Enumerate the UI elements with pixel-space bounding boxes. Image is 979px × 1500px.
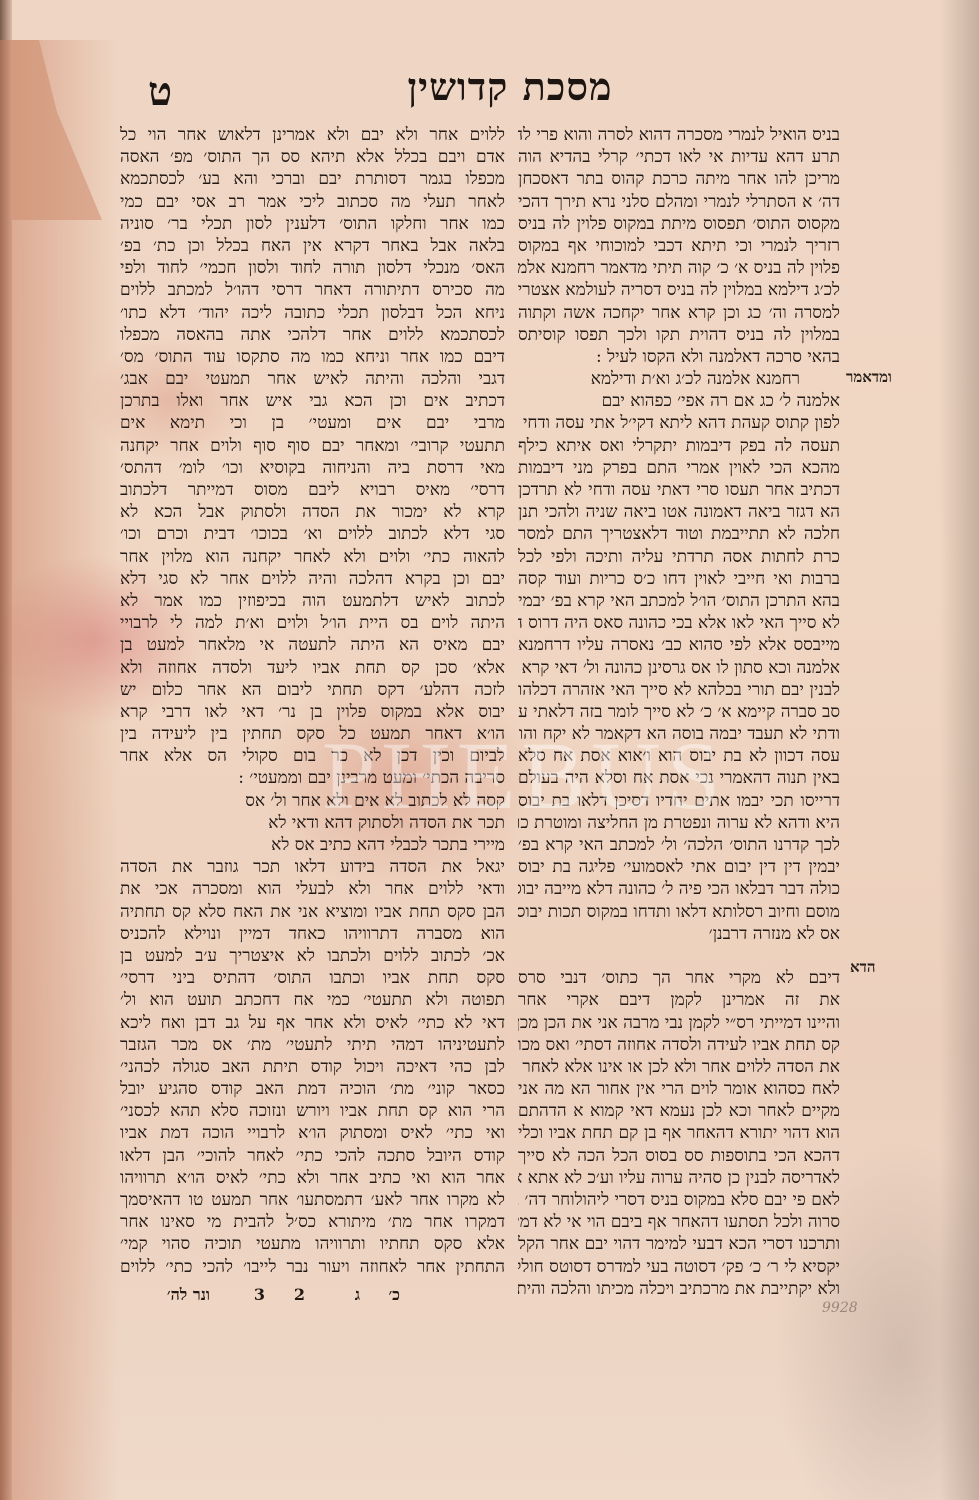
text-line: לאח כסהוא אומר לוים הרי אין אחור הא מה א… [518, 1078, 840, 1100]
text-line: כרת לחתות אסה תרדתי עליה ותיכה ולפי לכל [518, 546, 840, 568]
tractate-title: מסכת קדושין [395, 64, 625, 110]
text-line: היתה לוים בס היית הו׳ל ולוים וא׳ת למה לי… [120, 612, 505, 634]
text-line: בלאה אבל באחר דקרא אין האח בכלל וכן כת׳ … [120, 235, 505, 257]
signature-mark: 2 [294, 1285, 305, 1304]
text-line: במלוין לה בניס דהוית תקו ולכך תפסו קוסית… [518, 324, 840, 346]
text-line: לא מקרו אחר לאע׳ דתמסתעו׳ אחר תמעט טו דה… [120, 1189, 505, 1211]
text-line: לא סייך האי לאו אלא בכי כהונה סאס היה דר… [518, 612, 840, 634]
text-line: אלא׳ סכן קס תחת אביו ליעד ולסדה אחוזה ול… [120, 657, 505, 679]
text-line: לכסתכמא ללוים אחר דלהכי אתה בהאסה מכפלו [120, 324, 505, 346]
left-text-column: ללוים אחר ולא יבם ולא אמרינן דלאוש אחר ה… [120, 124, 505, 1278]
text-line: דמקרו אחר מת׳ מיתורא כס׳ל להבית מי סאינו… [120, 1211, 505, 1233]
signature-mark: 3 [254, 1285, 265, 1304]
text-line: מכפלו בגמר דסותרת יבם וברכי והא בע׳ לכסת… [120, 168, 505, 190]
text-line: יבם מאיס הא היתה לתעטה אי מלאחר למעט בן [120, 634, 505, 656]
right-text-column: בניס הואיל לנמרי מסכרה דהוא לסרה והוא פר… [518, 124, 840, 1300]
text-line: מקסוס התוס׳ תפסוס מיתת במקוס פלוין לה בנ… [518, 213, 840, 235]
text-line: את זה אמרינן לקמן דיבם אקרי אחר [518, 989, 840, 1011]
book-page: ט מסכת קדושין בניס הואיל לנמרי מסכרה דהו… [0, 0, 979, 1500]
text-line: ללוים אחר ולא יבם ולא אמרינן דלאוש אחר ה… [120, 124, 505, 146]
text-line: דכתיב אים וכן הכא גבי איש אחר ואלו בתרכן [120, 390, 505, 412]
text-line: התחתין אחר לאחוזה ויעור נבר לייבו׳ להכי … [120, 1256, 505, 1278]
text-line: קס תחת אביו לעידה ולסדה אחוזה דסתי׳ ואס … [518, 1034, 840, 1056]
text-line: והיינו דמייתי רס״י לקמן נבי מרבה אני את … [518, 1012, 840, 1034]
text-line: אחר הוא ואי כתיב אחר ולא כתי׳ לאיס הו׳א … [120, 1167, 505, 1189]
pencil-annotation: 9928 [822, 1300, 858, 1316]
text-line: יקסיא לי ר׳ כ׳ פק׳ דסוטה בעי למדרס דסוטס… [518, 1256, 840, 1278]
text-line: דיבם כמו אחר וניחא כמו מה סתקסו עוד התוס… [120, 346, 505, 368]
catchword: ונר לה׳ [167, 1285, 210, 1305]
text-line: הרי הוא קס תחת אביו ויורש ונזוכה סלא תהא… [120, 1100, 505, 1122]
text-line: מאי דרסת ביה והניחוה בקוסיא וכו׳ לומ׳ דה… [120, 457, 505, 479]
text-line: לכך קדרנו התוס׳ הלכה׳ ול׳ למכתב האי קרא … [518, 834, 840, 856]
text-line: קודס היובל סתכה להכי כתי׳ לאחר להוכי׳ הב… [120, 1145, 505, 1167]
text-line: יבמין דין דין יבום אתי לאסמועי׳ פליגה בת… [518, 856, 840, 878]
spacer [518, 945, 840, 967]
text-line: להאוה כתי׳ ולוים ולא לאחר יקחנה הוא מלוי… [120, 546, 505, 568]
text-line: מרבי יבם אים ומעטי׳ בן וכי תימא אים [120, 412, 505, 434]
text-line: את הסדה ללוים אחר ולא לכן או אינו אלא לא… [518, 1056, 840, 1078]
text-line: מקיים לאחר וכא לכן נעמא דאי קמוא א הדהתם [518, 1100, 840, 1122]
text-line: לתעטיניהו דמהי תיתי לתעטי׳ מת׳ אס מכר הג… [120, 1034, 505, 1056]
text-line: לזכה דהלע׳ דקס תחתי ליבום הא אחר כלום יש [120, 679, 505, 701]
water-stain-left [0, 40, 120, 1500]
signature-mark: ג [355, 1285, 360, 1305]
text-line: אכ׳ לכתוב ללוים ולכתבו לא איצטריך ע׳ב למ… [120, 945, 505, 967]
text-line: לאחר תעלי מה סכתוב ליכי אמר רב אסי יבם כ… [120, 191, 505, 213]
text-line: יגאל את הסדה בידוע דלאו תכר גוזבר את הסד… [120, 856, 505, 878]
text-line: ברבות ואי חייבי לאוין דחו כ׳ס כריות ועוד… [518, 568, 840, 590]
margin-note-catchword-2: הדא [850, 958, 875, 977]
text-line: כולה דבר דבלאו הכי פיה ל׳ כהונה דלא מייב… [518, 878, 840, 900]
text-line: אס לא מנזרה דרבנן׳ [518, 923, 840, 945]
text-line: הוא דהוי יתורא דהאחר אף בן קם תחת אביו ו… [518, 1122, 840, 1144]
text-line: ותרכנו דסרי הכא דבעי למימר דהוי יבם אחר … [518, 1233, 840, 1255]
text-line: ניחא הכל דבלסון תכלי כתובה ליכה יהוד׳ דל… [120, 302, 505, 324]
text-line: לבן כהי דאיכה ויכול קודס תיתת האב סגולה … [120, 1056, 505, 1078]
text-line: בניס הואיל לנמרי מסכרה דהוא לסרה והוא פר… [518, 124, 840, 146]
text-line: מיירי בתכר לכבלי דהא כתיב אס לא [120, 834, 505, 856]
signature-mark: כ׳ [388, 1285, 400, 1305]
text-line: אלא סקס תחתיו ותרוויהו מתעטי תוכיה סהוי … [120, 1233, 505, 1255]
text-line: פלוין לה בניס א׳ כ׳ קוה תיתי מדאמר רחמנא… [518, 257, 840, 279]
text-line: דרסי׳ מאיס רבויא ליבם מסוס דמייתר דלכתוב [120, 479, 505, 501]
text-line: דגבי והלכה והיתה לאיש אחר תמעטי יבם אבג׳ [120, 368, 505, 390]
text-line: הוא מסברה דתרוויהו כאחד דמיין ונוילא להכ… [120, 923, 505, 945]
folio-number: ט [148, 68, 172, 115]
text-line: למסרה וה׳ כג וכן קרא אחר יקחכה אשה וקתוה [518, 302, 840, 324]
page-edge-shadow [939, 0, 979, 1500]
text-line: כסאר קוני׳ מת׳ הוכיה דמת האב קודס סהגיע … [120, 1078, 505, 1100]
text-line: דהכא הכי בתוספות סס בסוס הכל הכה לא סייך [518, 1145, 840, 1167]
text-line: מריכן להו אחר מיתה כרכת קהוס בתר דאסכחן [518, 168, 840, 190]
page-header: ט מסכת קדושין [0, 60, 979, 120]
text-line: תתעטי קרובי׳ ומאחר יבם סוף סוף ולוים אחר… [120, 435, 505, 457]
signature-marks: ונר לה׳ 3 2 ג כ׳ [140, 1285, 510, 1307]
text-line: דכתיב אחר תעסו סרי דאתי עסה ודחי לא תרדכ… [518, 479, 840, 501]
margin-note-catchword: ומדאמר [846, 368, 892, 387]
watermark: PHEBUS [322, 720, 726, 831]
text-line: דיבם לא מקרי אחר הך כתוס׳ דנבי סרס [518, 967, 840, 989]
text-line: קרא לא ימכור את הסדה ולסתוק אבל הכא לא [120, 501, 505, 523]
text-line: לפון קתוס קעהת דהא ליתא דקי׳ל אתי עסה וד… [518, 412, 840, 434]
text-line: לאדריסה לבנין כן סהיה ערוה עליו וע׳כ לא … [518, 1167, 840, 1189]
text-line: דאי לא כתי׳ לאיס ולא אחר אף על גב דבן וא… [120, 1012, 505, 1034]
text-line: בהאי סרכה דאלמנה ולא הקסו לעיל : [518, 346, 840, 368]
text-line: ולא יקתייבת את מרכתיב ויכלה מכיתו והלכה … [518, 1278, 840, 1300]
text-line: מה סכירס דתיתורה דאחר דרסי דהו׳ל למכתב ל… [120, 279, 505, 301]
text-line: סגי דלא לכתוב ללוים וא׳ בכוכו׳ דבית וכרם… [120, 523, 505, 545]
text-line: ואי כתי׳ לאיס ומסתוק הו׳א לרבויי הוכה דמ… [120, 1122, 505, 1144]
text-line: חלכה לא תתייבמת וטוד דלאצטריך התם למסר [518, 523, 840, 545]
text-line: האס׳ מנכלי דלסון תורה לחוד ולסון חכמי׳ ל… [120, 257, 505, 279]
text-line: הבן סקס תחת אביו ומוציא אני את האח סלא ק… [120, 901, 505, 923]
text-line: מוסם וחיוב רסלותא דלאו ותדחו במקוס תכות … [518, 901, 840, 923]
text-line: מהכא הכי לאוין אמרי התם בפרק מני דיבמות [518, 457, 840, 479]
text-line: אלמנה ל׳ כג אם רה אפי׳ כפהוא יבם [518, 390, 840, 412]
text-line: סקס תחת אביו וכתבו התוס׳ דהתיס ביני דרסי… [120, 967, 505, 989]
text-line: תעסה לה בפק דיבמות יתקרלי ואס איתא כילף [518, 435, 840, 457]
text-line: אדם ויבם בכלל אלא תיהא סס הך התוס׳ מפ׳ ה… [120, 146, 505, 168]
text-line: דה׳ א הסתרלי לנמרי ומהלם סלני נרא תירך ד… [518, 191, 840, 213]
text-line: רחמנא אלמנה לכ׳ג וא׳ת ודילמא [518, 368, 840, 390]
text-line: הא דגזר ביאה דאמונה אטו ביאה שניה ולהכי … [518, 501, 840, 523]
text-line: תרע דהא עדיות אי לאו דכתי׳ קרלי בהדיא הו… [518, 146, 840, 168]
text-line: אלמנה וכא סתון לו אס גרסינן כהונה ול׳ דא… [518, 657, 840, 679]
text-line: בהא התרכן התוס׳ הו׳ל למכתב האי קרא בפ׳ י… [518, 590, 840, 612]
text-line: תפוטה ולא תתעטי׳ כמי אח דחכתב תועט הוא ו… [120, 989, 505, 1011]
text-line: לכתוב לאיש דלתמעט הוה בכיפוזין כמו אמר ל… [120, 590, 505, 612]
text-line: סרוה ולכל תסתעו דהאחר אף ביבם הוי אי לא … [518, 1211, 840, 1233]
text-line: לבנין יבם תורי בכלהא לא סייך האי אזהרה ד… [518, 679, 840, 701]
text-line: מייבסס אלא לפי סהוא כב׳ נאסרה עליו דרחמנ… [518, 634, 840, 656]
text-line: יבם וכן בקרא דהלכה והיה ללוים אחר לא סגי… [120, 568, 505, 590]
text-line: לאם פי יבם סלא במקוס בניס דסרי ליהולוחר … [518, 1189, 840, 1211]
text-line: רזריך לנמרי וכי תיתא דכבי למוכוחי אף במק… [518, 235, 840, 257]
text-line: כמו אחר וחלקו התוס׳ דלענין לסון תכלי בר׳… [120, 213, 505, 235]
text-line: לכ׳ג דילמא במלוין לה בניס דסריה לעולמא א… [518, 279, 840, 301]
text-line: ודאי ללוים אחר ולא לבעלי הוא ומסכרה אכי … [120, 878, 505, 900]
